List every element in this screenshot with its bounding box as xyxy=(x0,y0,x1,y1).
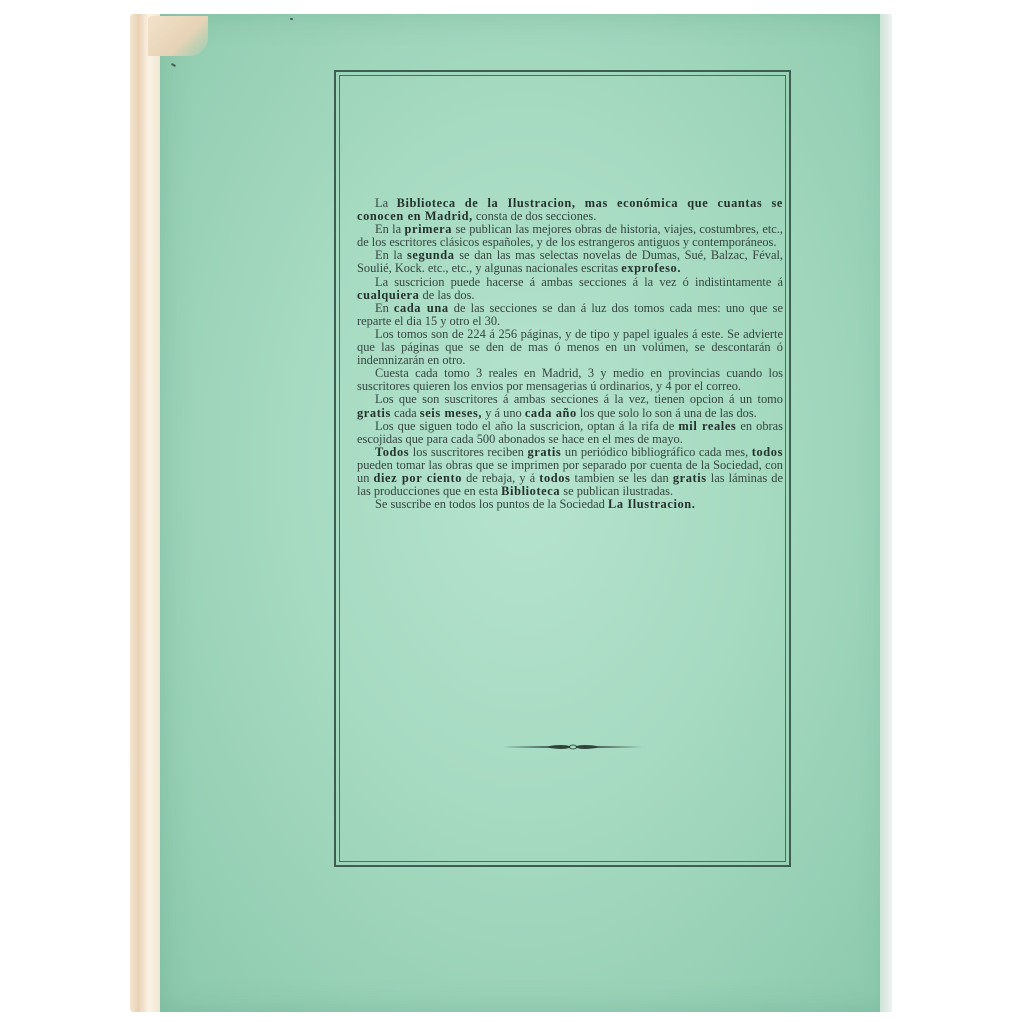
body-text: Los tomos son de 224 á 256 páginas, y de… xyxy=(357,327,783,367)
body-text: de rebaja, y á xyxy=(462,471,539,485)
body-text: Los que son suscritores á ambas seccione… xyxy=(375,392,783,406)
bold-text: seis meses, xyxy=(420,406,482,420)
bold-text: La Ilustracion. xyxy=(608,497,695,511)
body-text: y á uno xyxy=(482,406,525,420)
bold-text: Todos xyxy=(375,445,409,459)
paragraph: Los que son suscritores á ambas seccione… xyxy=(357,393,783,419)
body-text: los suscritores reciben xyxy=(409,445,527,459)
body-text: En la xyxy=(375,222,405,236)
body-text: Cuesta cada tomo 3 reales en Madrid, 3 y… xyxy=(357,366,783,393)
swelled-rule-ornament xyxy=(503,741,643,753)
paragraph: En cada una de las secciones se dan á lu… xyxy=(357,302,783,328)
bold-text: gratis xyxy=(527,445,561,459)
cover-edge xyxy=(880,14,892,1012)
body-text: de las dos. xyxy=(419,288,474,302)
paragraph: En la primera se publican las mejores ob… xyxy=(357,223,783,249)
bold-text: todos xyxy=(539,471,570,485)
paragraph: En la segunda se dan las mas selectas no… xyxy=(357,249,783,275)
body-text: En la xyxy=(375,248,407,262)
body-text: se publican ilustradas. xyxy=(560,484,673,498)
bold-text: gratis xyxy=(673,471,707,485)
paragraph: Los tomos son de 224 á 256 páginas, y de… xyxy=(357,328,783,367)
body-text: La suscricion puede hacerse á ambas secc… xyxy=(375,275,783,289)
bold-text: cualquiera xyxy=(357,288,419,302)
bold-text: gratis xyxy=(357,406,391,420)
bold-text: segunda xyxy=(407,248,455,262)
body-text: tambien se les dan xyxy=(570,471,672,485)
paragraph: La suscricion puede hacerse á ambas secc… xyxy=(357,276,783,302)
subscription-notice: La Biblioteca de la Ilustracion, mas eco… xyxy=(357,197,783,511)
body-text: En xyxy=(375,301,394,315)
bold-text: cada una xyxy=(394,301,449,315)
body-text: cada xyxy=(391,406,420,420)
body-text: consta de dos secciones. xyxy=(473,209,597,223)
paragraph: La Biblioteca de la Ilustracion, mas eco… xyxy=(357,197,783,223)
paragraph: Los que siguen todo el año la suscricion… xyxy=(357,420,783,446)
bold-text: cada año xyxy=(525,406,577,420)
body-text: Se suscribe en todos los puntos de la So… xyxy=(375,497,608,511)
paper-speck xyxy=(290,18,293,20)
paragraph: Se suscribe en todos los puntos de la So… xyxy=(357,498,783,511)
bold-text: mil reales xyxy=(678,419,736,433)
bold-text: todos xyxy=(752,445,783,459)
bold-text: Biblioteca xyxy=(501,484,560,498)
worn-corner xyxy=(148,16,208,56)
body-text: los que solo lo son á una de las dos. xyxy=(577,406,757,420)
bold-text: exprofeso. xyxy=(621,261,681,275)
bold-text: primera xyxy=(405,222,453,236)
book-spine xyxy=(130,14,164,1012)
paragraph: Cuesta cada tomo 3 reales en Madrid, 3 y… xyxy=(357,367,783,393)
body-text: La xyxy=(375,196,397,210)
paragraph: Todos los suscritores reciben gratis un … xyxy=(357,446,783,498)
body-text: un periódico bibliográfico cada mes, xyxy=(561,445,751,459)
bold-text: diez por ciento xyxy=(373,471,462,485)
body-text: Los que siguen todo el año la suscricion… xyxy=(375,419,678,433)
